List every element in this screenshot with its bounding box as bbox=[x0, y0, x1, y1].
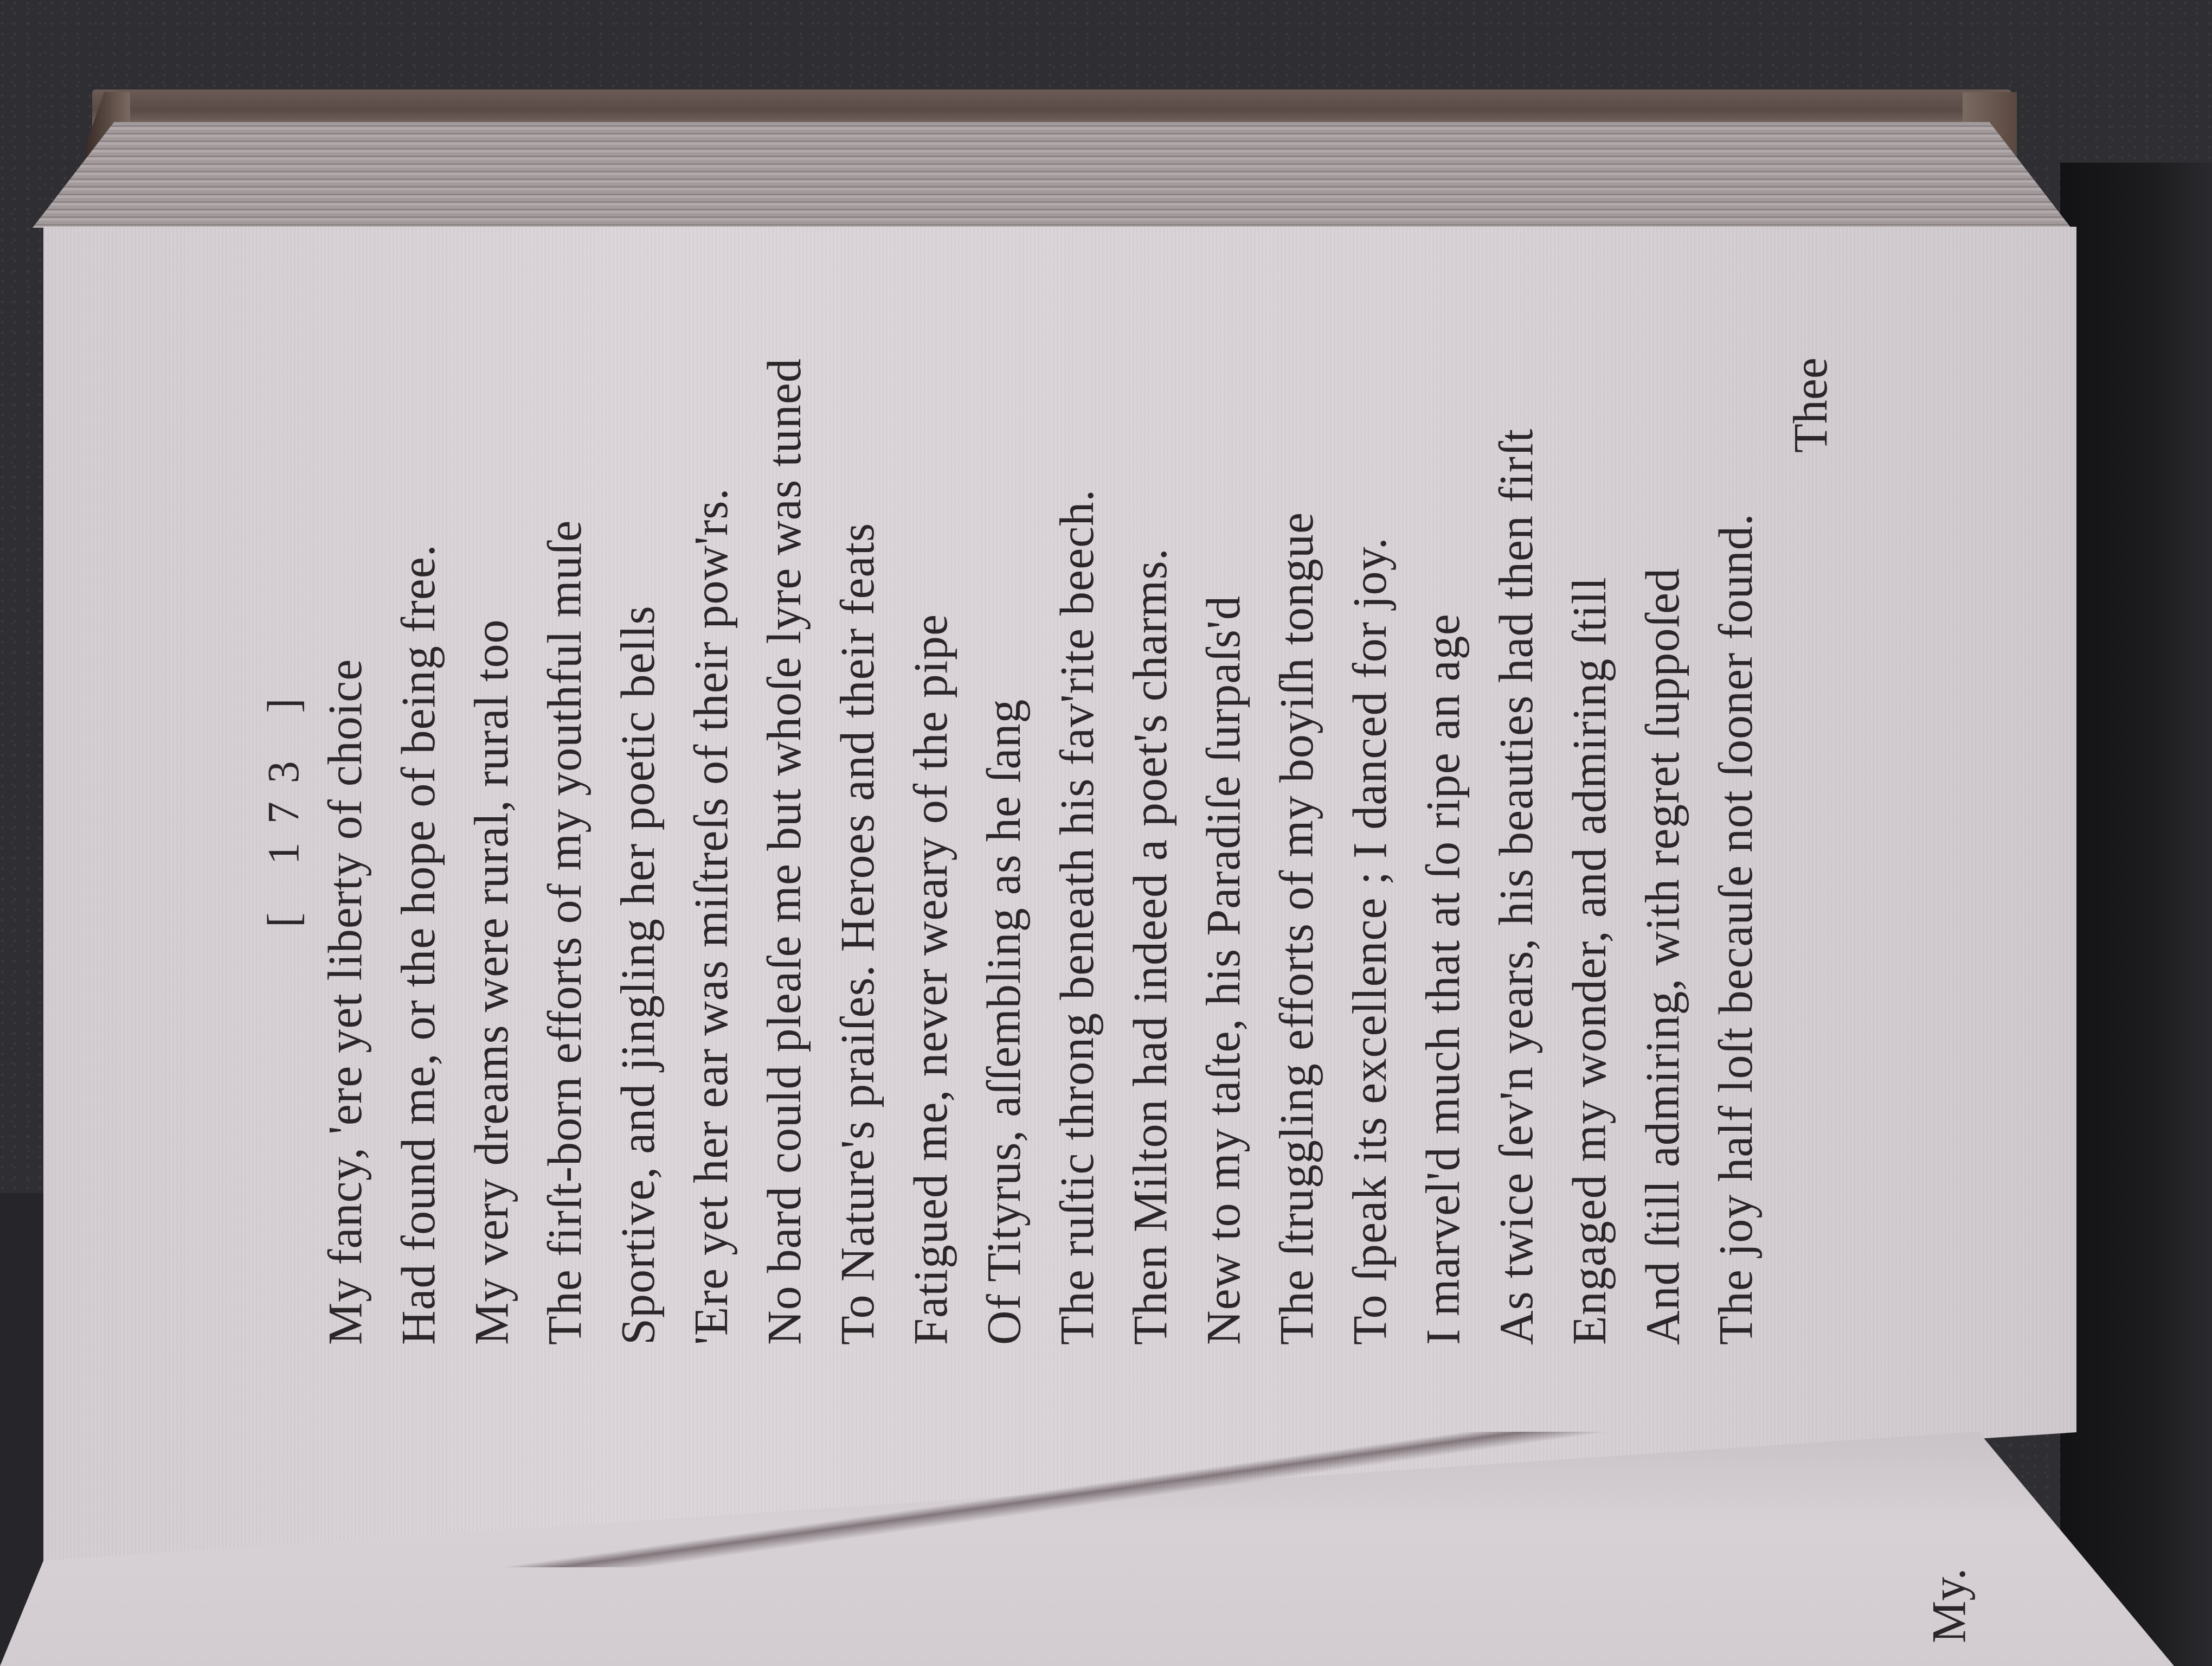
poem-line: 'Ere yet her ear was miſtreſs of their p… bbox=[675, 152, 748, 1345]
poem-line: No bard could pleaſe me but whoſe lyre w… bbox=[748, 152, 821, 1345]
poem-line: My very dreams were rural, rural too bbox=[455, 152, 529, 1345]
background-shadow bbox=[2060, 163, 2212, 1666]
poem-line: New to my taſte, his Paradiſe ſurpaſs'd bbox=[1187, 152, 1261, 1345]
poem-line: The joy half loſt becauſe not ſooner fou… bbox=[1700, 152, 1773, 1345]
catchword: Thee bbox=[1784, 357, 1838, 453]
poem-line: Engaged my wonder, and admiring ſtill bbox=[1553, 152, 1626, 1345]
poem-line: Then Milton had indeed a poet's charms. bbox=[1114, 152, 1187, 1345]
poem-line: My fancy, 'ere yet liberty of choice bbox=[309, 152, 382, 1345]
poem-line: Fatigued me, never weary of the pipe bbox=[895, 152, 968, 1345]
running-head-page-number: [ 173 ] bbox=[233, 152, 309, 1345]
poem-line: To ſpeak its excellence ; I danced for j… bbox=[1334, 152, 1407, 1345]
book-cover-board bbox=[92, 89, 2011, 127]
gutter-fold bbox=[38, 1432, 2044, 1567]
poem-line: Had found me, or the hope of being free. bbox=[382, 152, 455, 1345]
poem-line: I marvel'd much that at ſo ripe an age bbox=[1407, 152, 1480, 1345]
page-text-block: [ 173 ] My fancy, 'ere yet liberty of ch… bbox=[233, 152, 1773, 1345]
poem-line: The ruſtic throng beneath his fav'rite b… bbox=[1041, 152, 1114, 1345]
poem-line: The firſt-born efforts of my youthful mu… bbox=[529, 152, 602, 1345]
poem-line: Of Tityrus, aſſembling as he ſang bbox=[968, 152, 1041, 1345]
facing-page-catchword: My. bbox=[1922, 1568, 1977, 1643]
poem-line: And ſtill admiring, with regret ſuppoſed bbox=[1626, 152, 1700, 1345]
poem-line: The ſtruggling efforts of my boyiſh tong… bbox=[1261, 152, 1334, 1345]
poem-line: As twice ſev'n years, his beauties had t… bbox=[1480, 152, 1553, 1345]
poem-line: To Nature's praiſes. Heroes and their fe… bbox=[821, 152, 895, 1345]
poem-line: Sportive, and jingling her poetic bells bbox=[602, 152, 675, 1345]
